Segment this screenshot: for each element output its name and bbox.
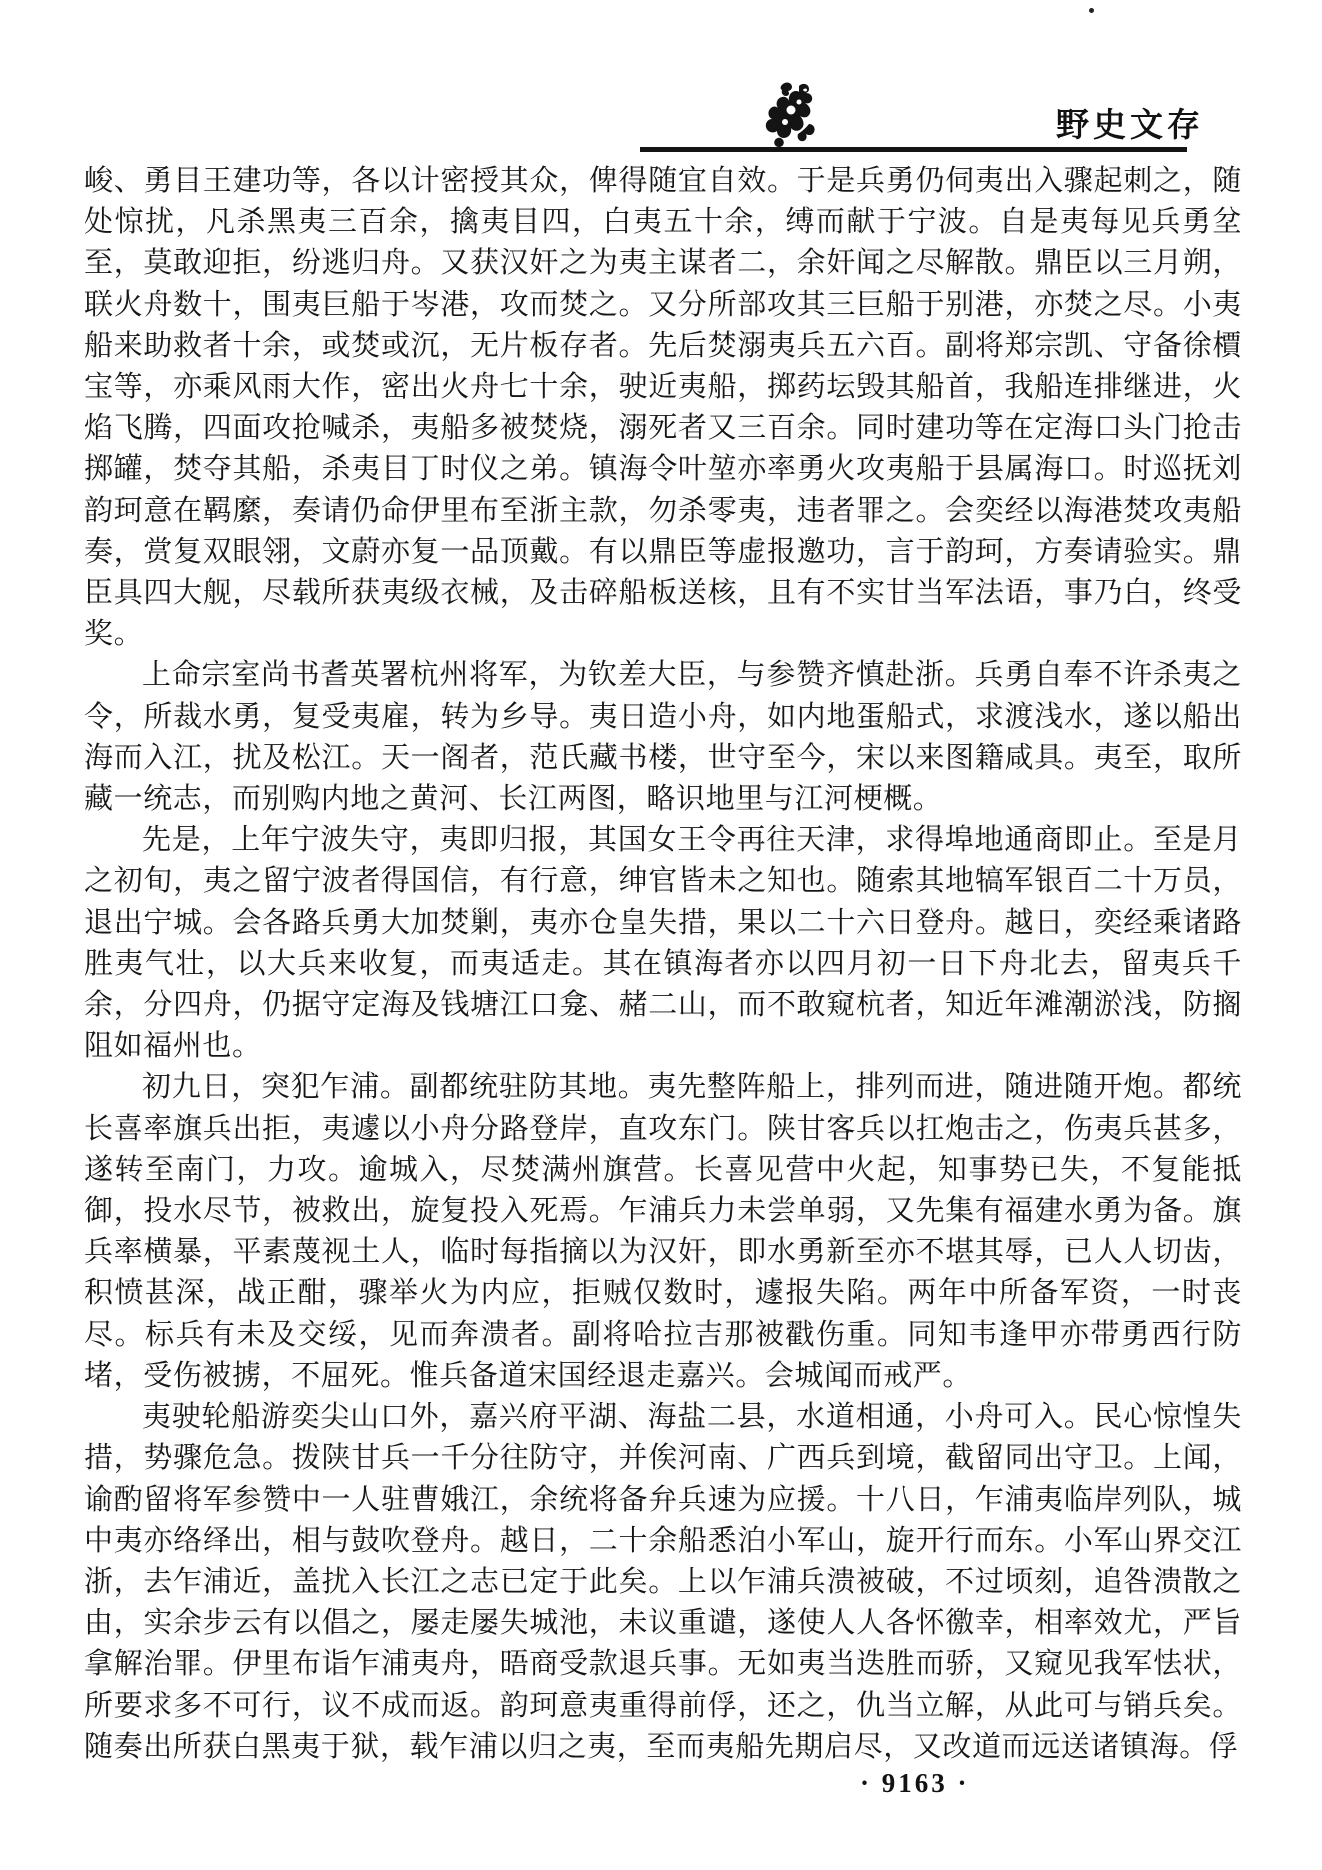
paragraph-1: 峻、勇目王建功等，各以计密授其众，俾得随宜自效。于是兵勇仍伺夷出入骤起刺之，随处… [84,161,1242,655]
scanned-book-page: 野史文存 峻、勇目王建功等，各以计密授其众，俾得随宜自效。于是兵勇仍伺夷出入骤起… [0,0,1322,1870]
paragraph-3: 先是，上年宁波失守，夷即归报，其国女王令再往天津，求得埠地通商即止。至是月之初旬… [84,820,1242,1067]
header-rule [640,147,1187,152]
scan-speck [1089,8,1094,13]
paragraph-5: 夷驶轮船游奕尖山口外，嘉兴府平湖、海盐二县，水道相通，小舟可入。民心惊惶失措，势… [84,1397,1242,1768]
dragon-emblem-icon [763,80,823,150]
running-head-title: 野史文存 [1056,99,1190,146]
page-number: · 9163 · [860,1768,970,1799]
paragraph-2: 上命宗室尚书耆英署杭州将军，为钦差大臣，与参赞齐慎赴浙。兵勇自奉不许杀夷之令，所… [84,655,1242,820]
page-body-text: 峻、勇目王建功等，各以计密授其众，俾得随宜自效。于是兵勇仍伺夷出入骤起刺之，随处… [84,161,1242,1768]
paragraph-4: 初九日，突犯乍浦。副都统驻防其地。夷先整阵船上，排列而进，随进随开炮。都统长喜率… [84,1067,1242,1397]
